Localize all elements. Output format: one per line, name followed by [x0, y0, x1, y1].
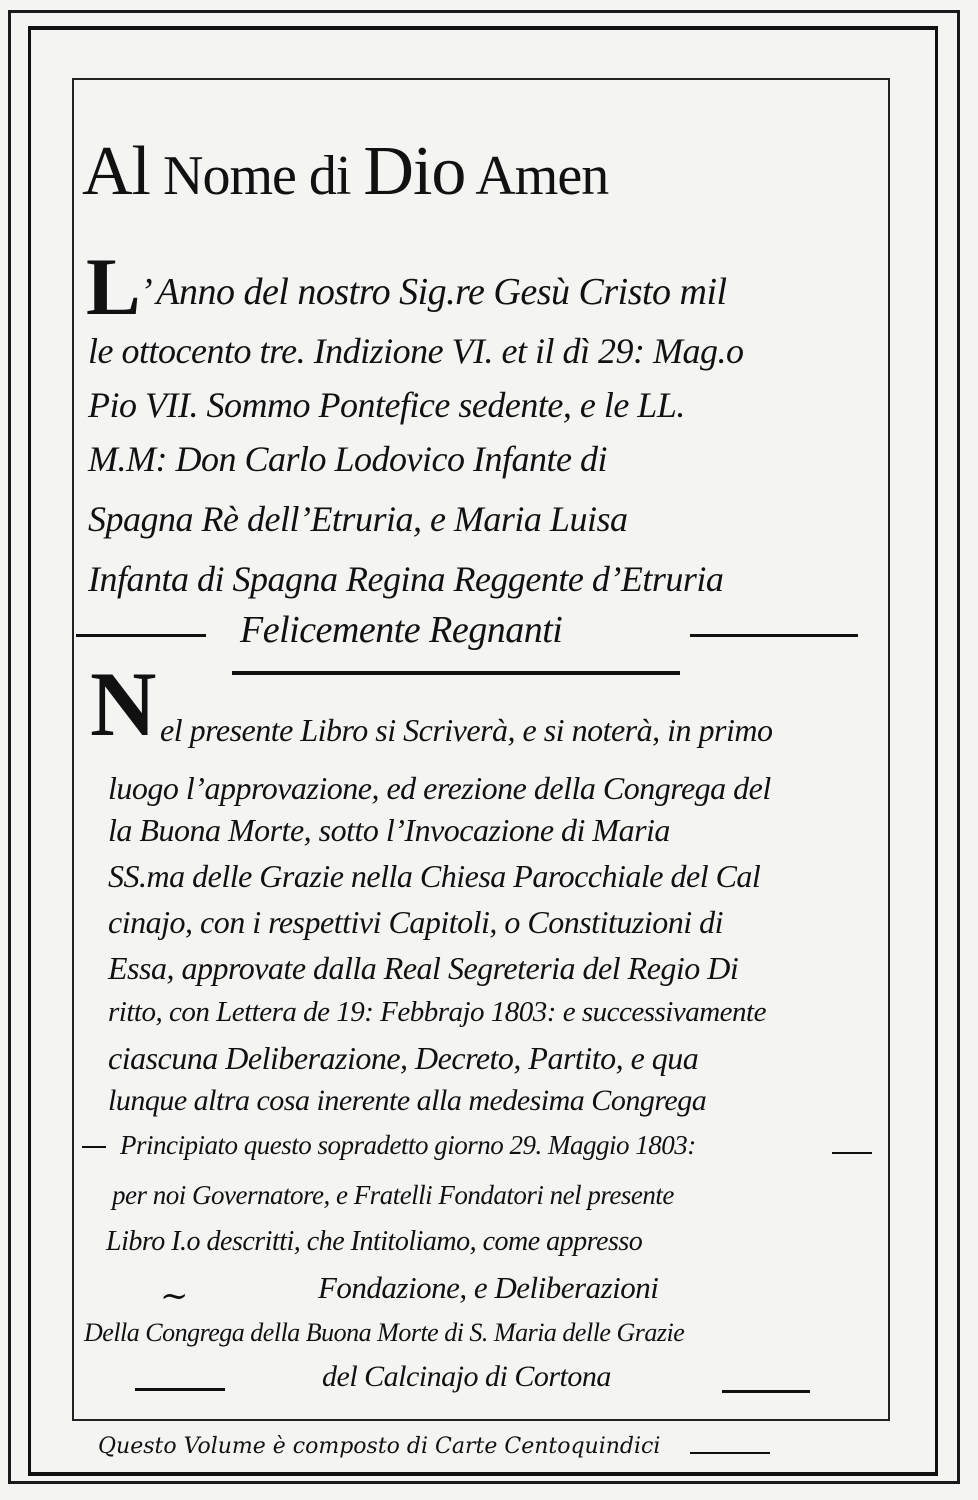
text-line: Della Congrega della Buona Morte di S. M…: [84, 1318, 684, 1348]
text-line: ritto, con Lettera de 19: Febbrajo 1803:…: [108, 996, 766, 1029]
text-line: Principiato questo sopradetto giorno 29.…: [120, 1130, 696, 1161]
text-line: Libro I.o descritti, che Intitoliamo, co…: [106, 1226, 642, 1258]
swash-left: ~: [160, 1276, 189, 1316]
dash-right: [832, 1152, 872, 1154]
dropcap-n: N: [90, 658, 156, 750]
section-divider: [232, 671, 680, 675]
text-line: Infanta di Spagna Regina Reggente d’Etru…: [88, 558, 723, 600]
title-amen: Amen: [475, 145, 608, 207]
text-line: M.M: Don Carlo Lodovico Infante di: [88, 438, 607, 480]
text-line: lunque altra cosa inerente alla medesima…: [108, 1084, 706, 1118]
dropcap-l: L: [86, 246, 141, 328]
dash-left: [82, 1146, 106, 1148]
text-line: Essa, approvate dalla Real Segreteria de…: [108, 950, 738, 987]
text-line: la Buona Morte, sotto l’Invocazione di M…: [108, 812, 670, 849]
text-line: luogo l’approvazione, ed erezione della …: [108, 770, 771, 807]
footer-note-underline: [690, 1452, 770, 1454]
text-line-centered: Felicemente Regnanti: [240, 608, 562, 652]
divider-left: [76, 634, 206, 637]
text-line: ’ Anno del nostro Sig.re Gesù Cristo mil: [140, 270, 727, 314]
title-al: Al: [82, 133, 150, 210]
text-line: Pio VII. Sommo Pontefice sedente, e le L…: [88, 384, 685, 426]
divider-left: [135, 1388, 225, 1391]
text-line-heading: Fondazione, e Deliberazioni: [318, 1270, 658, 1306]
text-line: ciascuna Deliberazione, Decreto, Partito…: [108, 1040, 698, 1077]
text-line: per noi Governatore, e Fratelli Fondator…: [112, 1180, 674, 1211]
text-line: le ottocento tre. Indizione VI. et il dì…: [88, 330, 744, 372]
text-line: Spagna Rè dell’Etruria, e Maria Luisa: [88, 498, 627, 540]
text-line-centered: del Calcinajo di Cortona: [322, 1360, 611, 1394]
title-nome: Nome di: [163, 145, 350, 207]
manuscript-page: Al Nome di Dio Amen L ’ Anno del nostro …: [0, 0, 978, 1500]
page-title: Al Nome di Dio Amen: [82, 132, 882, 212]
text-line: cinajo, con i respettivi Capitoli, o Con…: [108, 904, 723, 941]
title-dio: Dio: [363, 133, 465, 210]
text-line: SS.ma delle Grazie nella Chiesa Parocchi…: [108, 858, 760, 895]
divider-right: [722, 1390, 810, 1393]
text-line: el presente Libro si Scriverà, e si note…: [160, 712, 772, 749]
divider-right: [690, 634, 858, 637]
footer-note: Questo Volume è composto di Carte Centoq…: [98, 1434, 660, 1459]
